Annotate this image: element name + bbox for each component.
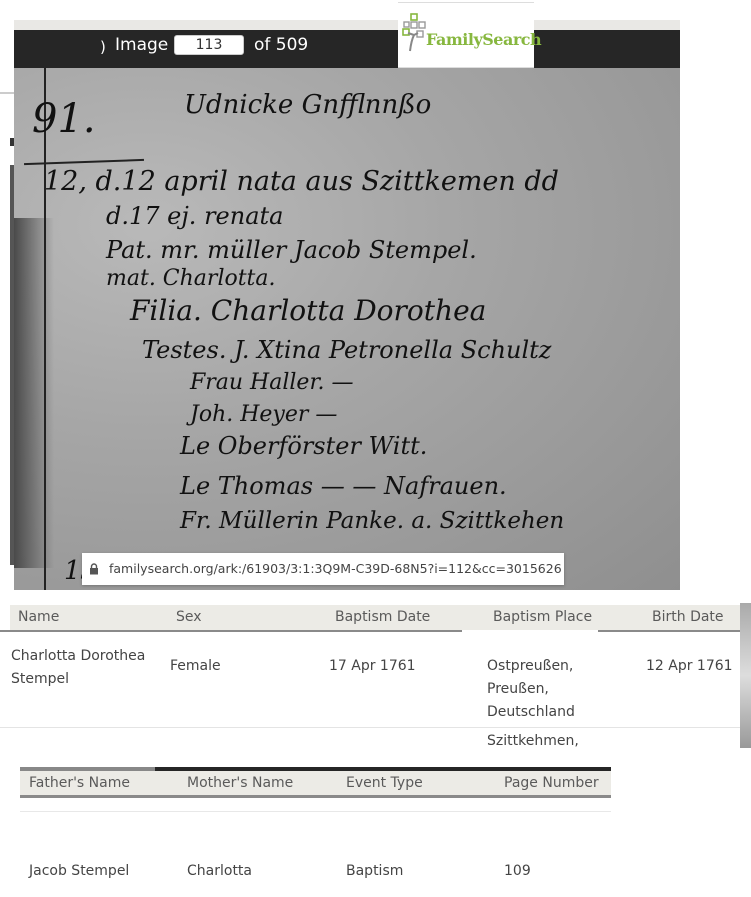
column-header-name: Name	[18, 609, 59, 625]
row-divider	[0, 727, 740, 728]
row-divider	[20, 811, 611, 812]
url-text[interactable]: familysearch.org/ark:/61903/3:1:3Q9M-C39…	[109, 561, 562, 576]
handwriting-line: Testes. J. Xtina Petronella Schultz	[142, 336, 551, 364]
record-image[interactable]: 91. Udnicke Gnfflnnßo 12, d.12 april nat…	[14, 68, 680, 590]
rule-line	[24, 159, 144, 165]
image-number-input[interactable]	[174, 35, 244, 55]
cell-birth-date: 12 Apr 1761	[646, 655, 733, 678]
url-bar[interactable]: familysearch.org/ark:/61903/3:1:3Q9M-C39…	[82, 553, 564, 585]
cell-baptism-date: 17 Apr 1761	[329, 655, 416, 678]
column-header-father: Father's Name	[29, 775, 130, 791]
column-header-baptism-place: Baptism Place	[493, 609, 592, 625]
image-total-label: of 509	[254, 35, 308, 55]
column-header-baptism-date: Baptism Date	[335, 609, 430, 625]
cell-baptism-place-line2: Preußen,	[487, 678, 549, 701]
column-header-event-type: Event Type	[346, 775, 423, 791]
handwriting-line: Joh. Heyer —	[190, 402, 337, 427]
image-shadow	[14, 218, 54, 568]
header-divider	[0, 630, 740, 632]
column-header-mother: Mother's Name	[187, 775, 293, 791]
column-header-page-number: Page Number	[504, 775, 599, 791]
handwriting-line: Udnicke Gnfflnnßo	[184, 90, 431, 120]
cell-overflow-place: Szittkehmen,	[487, 730, 579, 753]
handwriting-line: d.17 ej. renata	[106, 202, 283, 230]
handwriting-line: Frau Haller. —	[190, 370, 354, 395]
column-header-sex: Sex	[176, 609, 202, 625]
cell-father: Jacob Stempel	[29, 860, 129, 883]
cell-page-number: 109	[504, 860, 531, 883]
handwriting-line: Filia. Charlotta Dorothea	[130, 294, 486, 327]
cell-mother: Charlotta	[187, 860, 252, 883]
cell-baptism-place-line1: Ostpreußen,	[487, 655, 573, 678]
handwriting-line: 91.	[32, 96, 96, 142]
image-viewer-toolbar: ) Image of 509	[14, 30, 680, 68]
cell-name-line2: Stempel	[11, 668, 69, 691]
background-image-fragment	[740, 603, 751, 748]
handwriting-line: mat. Charlotta.	[106, 266, 276, 291]
handwriting-line: Fr. Müllerin Panke. a. Szittkehen	[180, 508, 564, 534]
handwriting-line: Le Oberförster Witt.	[180, 432, 427, 460]
column-header-birth-date: Birth Date	[652, 609, 724, 625]
cell-baptism-place-line3: Deutschland	[487, 701, 575, 724]
background-fragment	[0, 92, 14, 94]
cell-event-type: Baptism	[346, 860, 403, 883]
cell-sex: Female	[170, 655, 221, 678]
cell-name-line1: Charlotta Dorothea	[11, 645, 145, 668]
logo-text: FamilySearch	[426, 30, 541, 49]
viewer-top-strip	[14, 20, 680, 30]
image-label: Image	[115, 35, 168, 55]
margin-line	[44, 68, 46, 590]
header-divider-gap	[462, 630, 598, 632]
familysearch-logo[interactable]: FamilySearch	[398, 2, 534, 68]
handwriting-line: 12, d.12 april nata aus Szittkemen dd	[44, 166, 559, 197]
header-divider	[20, 795, 611, 798]
handwriting-line: Pat. mr. müller Jacob Stempel.	[106, 236, 477, 264]
handwriting-line: Le Thomas — — Nafrauen.	[180, 472, 507, 500]
lock-icon	[89, 563, 99, 575]
previous-image-button[interactable]: )	[100, 38, 106, 56]
